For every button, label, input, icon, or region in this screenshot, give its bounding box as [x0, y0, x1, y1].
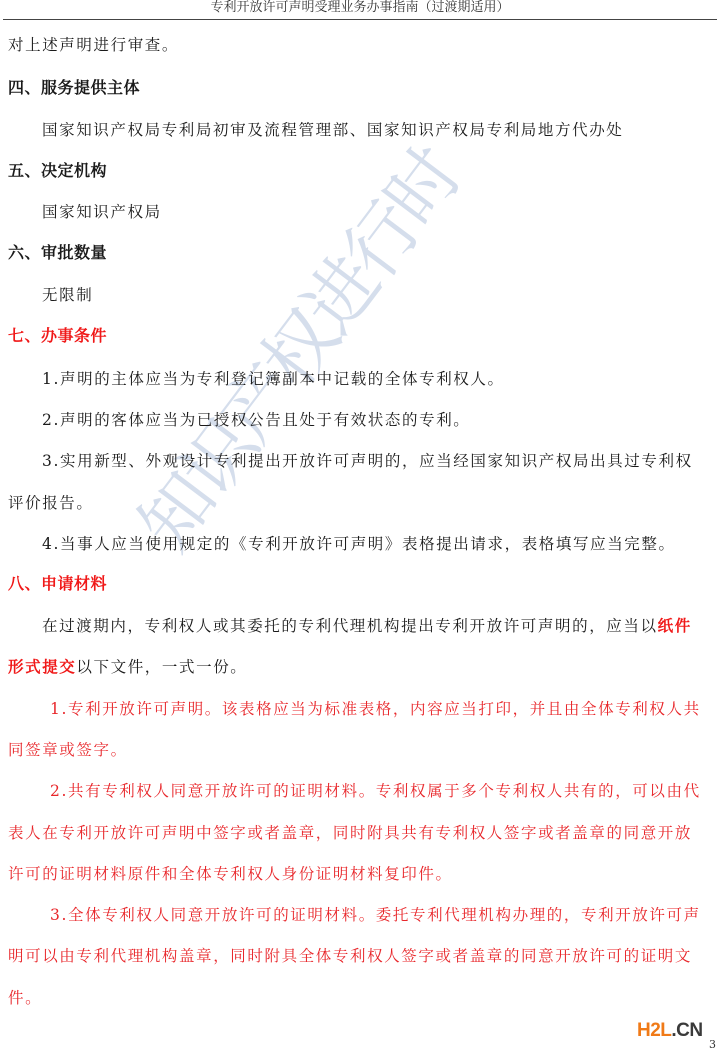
- continuation-text: 对上述声明进行审查。: [8, 35, 179, 55]
- logo-h2l-text: H2L: [637, 1020, 671, 1041]
- logo-cn-text: .CN: [671, 1020, 702, 1041]
- section-heading-6: 六、审批数量: [8, 243, 107, 263]
- watermark-text: 知识产权进行时: [110, 125, 480, 568]
- section-body-6: 无限制: [42, 285, 93, 305]
- materials-intro-suffix: 以下文件，一式一份。: [76, 658, 247, 676]
- material-item-3-line-3: 件。: [8, 988, 42, 1008]
- site-logo[interactable]: H2L.CN: [637, 1020, 703, 1042]
- material-item-2-line-1: 2.共有专利权人同意开放许可的证明材料。专利权属于多个专利权人共有的，可以由代: [50, 781, 701, 801]
- document-title: 专利开放许可声明受理业务办事指南（过渡期适用）: [210, 0, 509, 15]
- material-item-3-line-1: 3.全体专利权人同意开放许可的证明材料。委托专利代理机构办理的，专利开放许可声: [50, 905, 701, 925]
- condition-item-3: 3.实用新型、外观设计专利提出开放许可声明的，应当经国家知识产权局出具过专利权: [42, 451, 693, 471]
- condition-item-1: 1.声明的主体应当为专利登记簿副本中记载的全体专利权人。: [42, 369, 505, 389]
- material-item-1-line-1: 1.专利开放许可声明。该表格应当为标准表格，内容应当打印，并且由全体专利权人共: [50, 699, 701, 719]
- materials-intro-line-1: 在过渡期内，专利权人或其委托的专利代理机构提出专利开放许可声明的，应当以纸件: [42, 616, 692, 636]
- section-body-4: 国家知识产权局专利局初审及流程管理部、国家知识产权局专利局地方代办处: [42, 120, 623, 140]
- section-heading-4: 四、服务提供主体: [8, 78, 140, 98]
- materials-intro-line-2: 形式提交以下文件，一式一份。: [8, 657, 247, 677]
- page-number: 3: [709, 1038, 716, 1051]
- material-item-3-line-2: 明可以由专利代理机构盖章，同时附具全体专利权人签字或者盖章的同意开放许可的证明文: [8, 946, 692, 966]
- condition-item-2: 2.声明的客体应当为已授权公告且处于有效状态的专利。: [42, 410, 470, 430]
- emphasis-paper: 纸件: [658, 617, 692, 635]
- condition-item-4: 4.当事人应当使用规定的《专利开放许可声明》表格提出请求，表格填写应当完整。: [42, 534, 676, 554]
- page-header: 专利开放许可声明受理业务办事指南（过渡期适用）: [0, 0, 720, 20]
- header-divider: [3, 19, 717, 20]
- section-heading-8: 八、申请材料: [8, 574, 107, 594]
- material-item-2-line-2: 表人在专利开放许可声明中签字或者盖章，同时附具共有专利权人签字或者盖章的同意开放: [8, 823, 692, 843]
- emphasis-submit-form: 形式提交: [8, 658, 76, 676]
- materials-intro-text: 在过渡期内，专利权人或其委托的专利代理机构提出专利开放许可声明的，应当以: [42, 617, 658, 635]
- material-item-1-line-2: 同签章或签字。: [8, 740, 128, 760]
- section-heading-5: 五、决定机构: [8, 161, 107, 181]
- condition-item-3-cont: 评价报告。: [8, 493, 94, 513]
- material-item-2-line-3: 许可的证明材料原件和全体专利权人身份证明材料复印件。: [8, 864, 453, 884]
- section-body-5: 国家知识产权局: [42, 202, 162, 222]
- section-heading-7: 七、办事条件: [8, 326, 107, 346]
